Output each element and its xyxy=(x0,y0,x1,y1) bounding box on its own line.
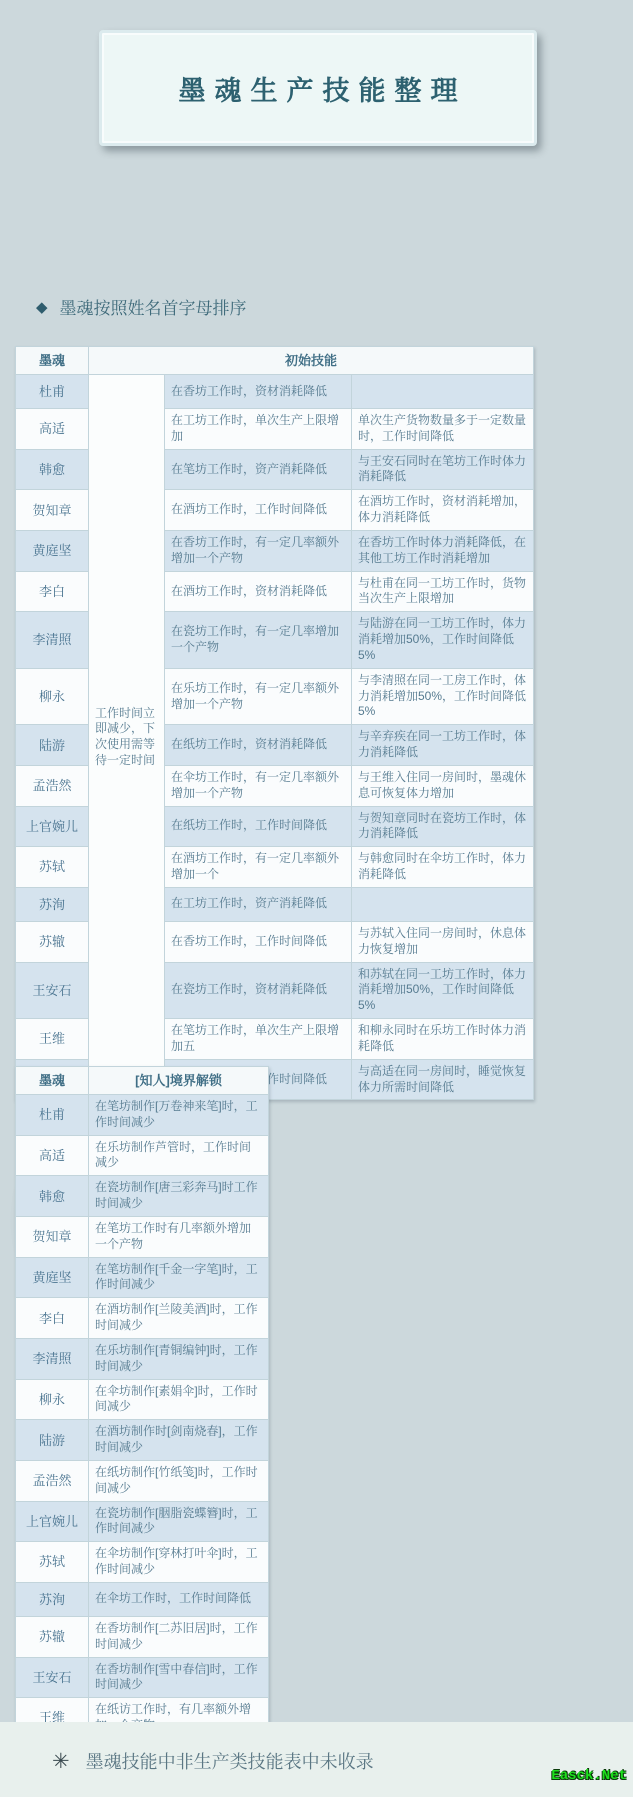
mohun-name: 苏轼 xyxy=(16,847,89,888)
mohun-name: 上官婉儿 xyxy=(16,806,89,847)
extra-text: 与王维入住同一房间时，墨魂休息可恢复体力增加 xyxy=(352,765,534,806)
table-row: 李清照 在乐坊制作[青铜编钟]时，工作时间减少 xyxy=(16,1338,269,1379)
skill-text: 在笔坊制作[万卷神来笔]时，工作时间减少 xyxy=(89,1095,269,1136)
table-row: 李白 在酒坊制作[兰陵美酒]时，工作时间减少 xyxy=(16,1298,269,1339)
mohun-name: 杜甫 xyxy=(16,375,89,409)
page-title: 墨魂生产技能整理 xyxy=(170,69,467,108)
extra-text: 在香坊工作时体力消耗降低，在其他工坊工作时消耗增加 xyxy=(352,530,534,571)
site-watermark: Easck.Net xyxy=(551,1768,627,1784)
table-row: 韩愈 在瓷坊制作[唐三彩奔马]时工作时间减少 xyxy=(16,1176,269,1217)
table-row: 陆游 在酒坊制作时[剑南烧春]，工作时间减少 xyxy=(16,1420,269,1461)
mohun-name: 贺知章 xyxy=(16,490,89,531)
skill-text: 在伞坊制作[素娟伞]时，工作时间减少 xyxy=(89,1379,269,1420)
shared-note-cell: 工作时间立即减少，下次使用需等待一定时间 xyxy=(89,375,165,1100)
table-row: 柳永 在伞坊制作[素娟伞]时，工作时间减少 xyxy=(16,1379,269,1420)
skill-text: 在瓷坊制作[唐三彩奔马]时工作时间减少 xyxy=(89,1176,269,1217)
footer-note: ✳ 墨魂技能中非生产类技能表中未收录 xyxy=(52,1748,374,1774)
skill-text: 在酒坊工作时，资材消耗降低 xyxy=(165,571,352,612)
skill-text: 在瓷坊工作时，资材消耗降低 xyxy=(165,962,352,1018)
mohun-name: 高适 xyxy=(16,1135,89,1176)
mohun-name: 杜甫 xyxy=(16,1095,89,1136)
table-row: 杜甫 工作时间立即减少，下次使用需等待一定时间 在香坊工作时，资材消耗降低 xyxy=(16,375,534,409)
column-header-initial-skill: 初始技能 xyxy=(89,347,534,375)
extra-text: 与陆游在同一工坊工作时，体力消耗增加50%，工作时间降低5% xyxy=(352,612,534,668)
mohun-name: 陆游 xyxy=(16,725,89,766)
header-band: 墨魂生产技能整理 xyxy=(0,0,633,222)
zhiren-unlock-table: 墨魂 [知人]境界解锁 杜甫 在笔坊制作[万卷神来笔]时，工作时间减少 高适 在… xyxy=(15,1066,269,1780)
table-row: 孟浩然 在纸坊制作[竹纸笺]时，工作时间减少 xyxy=(16,1460,269,1501)
extra-text: 与韩愈同时在伞坊工作时，体力消耗降低 xyxy=(352,847,534,888)
table-row: 贺知章 在笔坊工作时有几率额外增加一个产物 xyxy=(16,1216,269,1257)
extra-text: 与李清照在同一工房工作时，体力消耗增加50%，工作时间降低5% xyxy=(352,668,534,724)
skill-text: 在乐坊制作芦管时，工作时间减少 xyxy=(89,1135,269,1176)
skill-text: 在工坊工作时，单次生产上限增加 xyxy=(165,409,352,450)
extra-text: 和柳永同时在乐坊工作时体力消耗降低 xyxy=(352,1019,534,1060)
mohun-name: 孟浩然 xyxy=(16,765,89,806)
mohun-name: 苏辙 xyxy=(16,921,89,962)
mohun-name: 韩愈 xyxy=(16,1176,89,1217)
skill-text: 在乐坊工作时，有一定几率额外增加一个产物 xyxy=(165,668,352,724)
mohun-name: 黄庭坚 xyxy=(16,530,89,571)
table-header-row: 墨魂 初始技能 xyxy=(16,347,534,375)
table-row: 苏洵 在伞坊工作时，工作时间降低 xyxy=(16,1582,269,1616)
mohun-name: 上官婉儿 xyxy=(16,1501,89,1542)
extra-text: 与辛弃疾在同一工坊工作时，体力消耗降低 xyxy=(352,725,534,766)
table-row: 高适 在乐坊制作芦管时，工作时间减少 xyxy=(16,1135,269,1176)
table-row: 黄庭坚 在笔坊制作[千金一字笔]时，工作时间减少 xyxy=(16,1257,269,1298)
skill-text: 在香坊工作时，资材消耗降低 xyxy=(165,375,352,409)
skill-text: 在酒坊制作[兰陵美酒]时，工作时间减少 xyxy=(89,1298,269,1339)
skill-text: 在纸坊制作[竹纸笺]时，工作时间减少 xyxy=(89,1460,269,1501)
extra-text xyxy=(352,375,534,409)
extra-text: 单次生产货物数量多于一定数量时，工作时间降低 xyxy=(352,409,534,450)
mohun-name: 柳永 xyxy=(16,1379,89,1420)
mohun-name: 柳永 xyxy=(16,668,89,724)
extra-text: 与苏轼入住同一房间时，休息体力恢复增加 xyxy=(352,921,534,962)
mohun-name: 陆游 xyxy=(16,1420,89,1461)
mohun-name: 苏洵 xyxy=(16,1582,89,1616)
skill-text: 在笔坊工作时有几率额外增加一个产物 xyxy=(89,1216,269,1257)
skill-text: 在乐坊制作[青铜编钟]时，工作时间减少 xyxy=(89,1338,269,1379)
extra-text xyxy=(352,887,534,921)
skill-text: 在瓷坊工作时，有一定几率增加一个产物 xyxy=(165,612,352,668)
section-heading: ◆ 墨魂按照姓名首字母排序 xyxy=(36,294,247,319)
skill-text: 在香坊制作[二苏旧居]时，工作时间减少 xyxy=(89,1616,269,1657)
footer-note-label: 墨魂技能中非生产类技能表中未收录 xyxy=(86,1748,374,1774)
extra-text: 与高适在同一房间时，睡觉恢复体力所需时间降低 xyxy=(352,1059,534,1100)
page: 墨魂生产技能整理 ◆ 墨魂按照姓名首字母排序 墨魂 初始技能 杜甫 工作时间立即… xyxy=(0,0,633,1797)
mohun-name: 苏轼 xyxy=(16,1542,89,1583)
table-header-row: 墨魂 [知人]境界解锁 xyxy=(16,1067,269,1095)
column-header-unlock-skill: [知人]境界解锁 xyxy=(89,1067,269,1095)
column-header-mohun: 墨魂 xyxy=(16,1067,89,1095)
mohun-name: 韩愈 xyxy=(16,449,89,490)
mohun-name: 苏洵 xyxy=(16,887,89,921)
mohun-name: 王安石 xyxy=(16,1657,89,1698)
table-row: 上官婉儿 在瓷坊制作[胭脂瓷蝶簪]时，工作时间减少 xyxy=(16,1501,269,1542)
diamond-bullet-icon: ◆ xyxy=(36,298,48,316)
skill-text: 在酒坊工作时，工作时间降低 xyxy=(165,490,352,531)
mohun-name: 黄庭坚 xyxy=(16,1257,89,1298)
mohun-name: 李清照 xyxy=(16,1338,89,1379)
mohun-name: 李清照 xyxy=(16,612,89,668)
skill-text: 在瓷坊制作[胭脂瓷蝶簪]时，工作时间减少 xyxy=(89,1501,269,1542)
mohun-name: 高适 xyxy=(16,409,89,450)
title-box: 墨魂生产技能整理 xyxy=(99,30,537,146)
mohun-name: 苏辙 xyxy=(16,1616,89,1657)
mohun-name: 贺知章 xyxy=(16,1216,89,1257)
extra-text: 与贺知章同时在瓷坊工作时，体力消耗降低 xyxy=(352,806,534,847)
skill-text: 在笔坊制作[千金一字笔]时，工作时间减少 xyxy=(89,1257,269,1298)
skill-text: 在伞坊工作时，工作时间降低 xyxy=(89,1582,269,1616)
mohun-name: 孟浩然 xyxy=(16,1460,89,1501)
skill-text: 在笔坊工作时，资产消耗降低 xyxy=(165,449,352,490)
extra-text: 与杜甫在同一工坊工作时，货物当次生产上限增加 xyxy=(352,571,534,612)
table-row: 杜甫 在笔坊制作[万卷神来笔]时，工作时间减少 xyxy=(16,1095,269,1136)
extra-text: 与王安石同时在笔坊工作时体力消耗降低 xyxy=(352,449,534,490)
initial-skills-table: 墨魂 初始技能 杜甫 工作时间立即减少，下次使用需等待一定时间 在香坊工作时，资… xyxy=(15,346,534,1100)
skill-text: 在酒坊制作时[剑南烧春]，工作时间减少 xyxy=(89,1420,269,1461)
extra-text: 和苏轼在同一工坊工作时，体力消耗增加50%，工作时间降低5% xyxy=(352,962,534,1018)
asterisk-icon: ✳ xyxy=(52,1749,70,1774)
skill-text: 在香坊制作[雪中春信]时，工作时间减少 xyxy=(89,1657,269,1698)
skill-text: 在伞坊工作时，有一定几率额外增加一个产物 xyxy=(165,765,352,806)
skill-text: 在纸坊工作时，工作时间降低 xyxy=(165,806,352,847)
table-row: 王安石 在香坊制作[雪中春信]时，工作时间减少 xyxy=(16,1657,269,1698)
extra-text: 在酒坊工作时，资材消耗增加，体力消耗降低 xyxy=(352,490,534,531)
table-row: 苏轼 在伞坊制作[穿林打叶伞]时，工作时间减少 xyxy=(16,1542,269,1583)
mohun-name: 李白 xyxy=(16,1298,89,1339)
mohun-name: 李白 xyxy=(16,571,89,612)
skill-text: 在纸坊工作时，资材消耗降低 xyxy=(165,725,352,766)
table-row: 苏辙 在香坊制作[二苏旧居]时，工作时间减少 xyxy=(16,1616,269,1657)
skill-text: 在笔坊工作时，单次生产上限增加五 xyxy=(165,1019,352,1060)
skill-text: 在香坊工作时，工作时间降低 xyxy=(165,921,352,962)
skill-text: 在香坊工作时，有一定几率额外增加一个产物 xyxy=(165,530,352,571)
skill-text: 在工坊工作时，资产消耗降低 xyxy=(165,887,352,921)
mohun-name: 王安石 xyxy=(16,962,89,1018)
section-heading-label: 墨魂按照姓名首字母排序 xyxy=(60,294,247,319)
skill-text: 在伞坊制作[穿林打叶伞]时，工作时间减少 xyxy=(89,1542,269,1583)
mohun-name: 王维 xyxy=(16,1019,89,1060)
column-header-mohun: 墨魂 xyxy=(16,347,89,375)
skill-text: 在酒坊工作时，有一定几率额外增加一个 xyxy=(165,847,352,888)
